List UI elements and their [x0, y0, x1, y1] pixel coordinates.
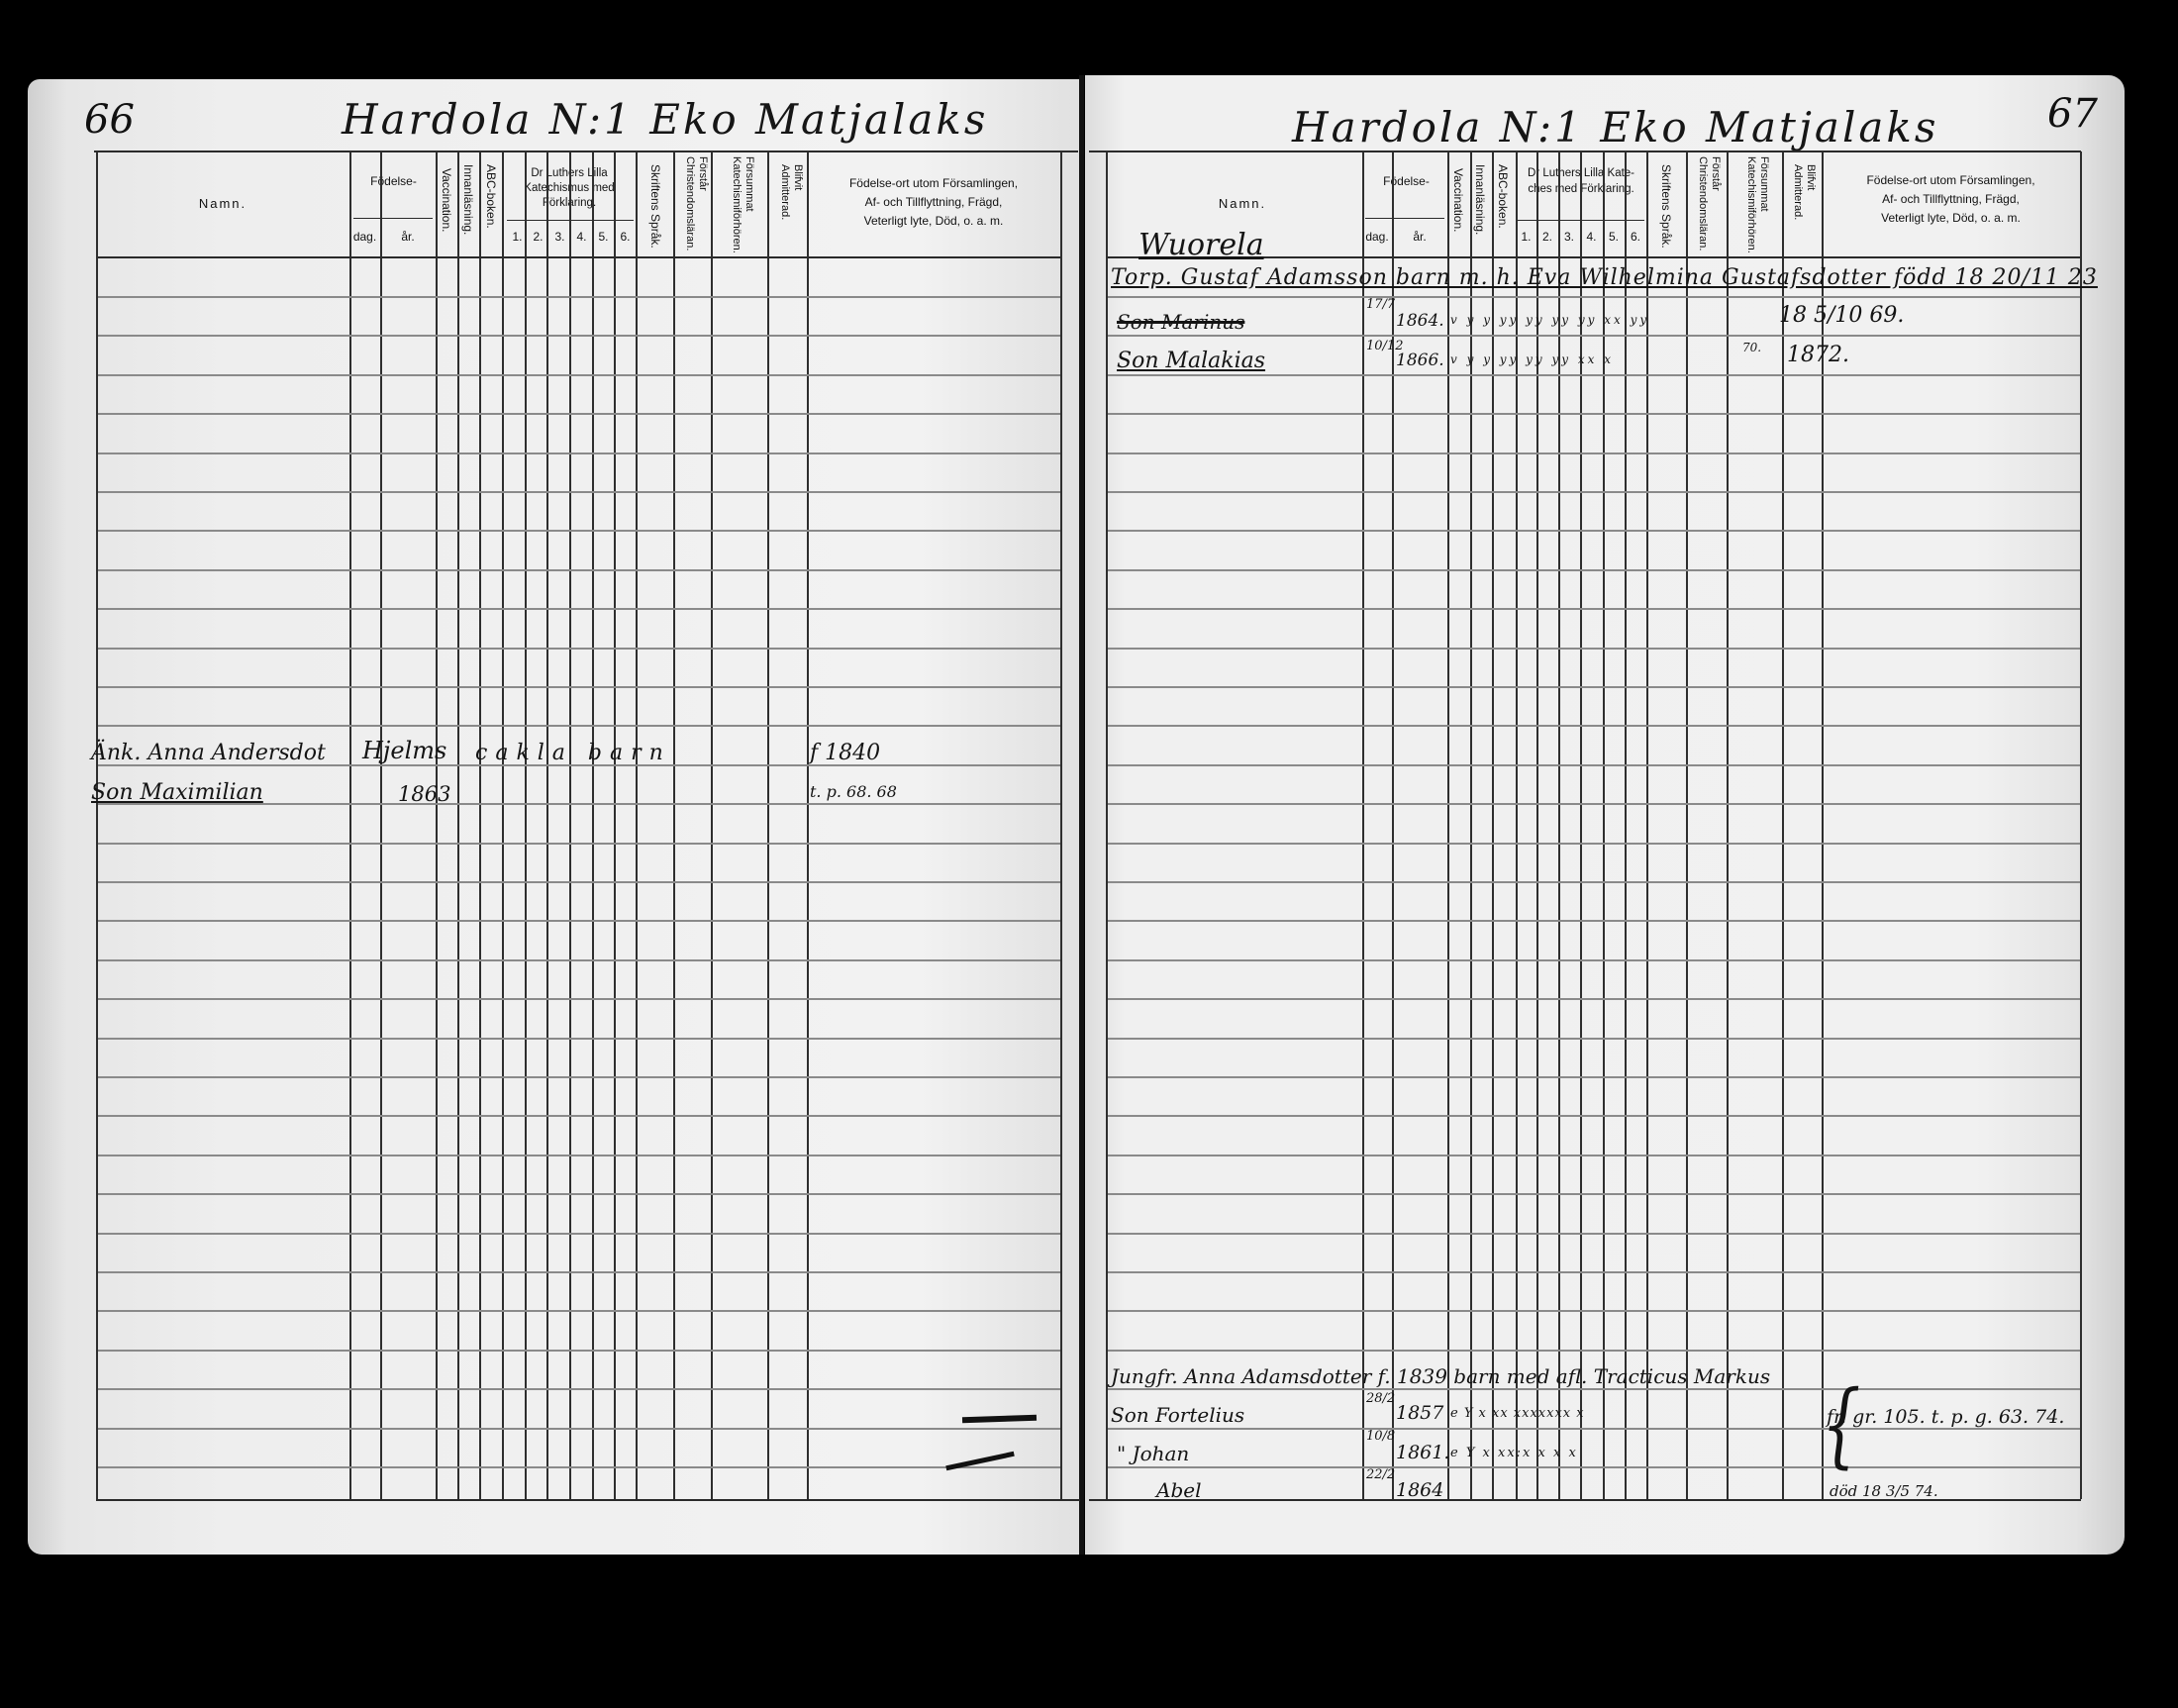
right-page-title: Hardola N:1 Eko Matjalaks: [1292, 103, 1938, 151]
entry-name: Abel: [1156, 1478, 1201, 1502]
column-rule: [569, 151, 571, 1499]
kat-5: 5.: [1603, 230, 1625, 245]
column-rule: [525, 220, 527, 257]
column-rule: [1646, 151, 1648, 1499]
row-rule: [98, 452, 1060, 454]
row-rule: [98, 1388, 1060, 1390]
entry-marks: e Y x xx:x x x x: [1450, 1446, 1578, 1460]
row-rule: [1108, 296, 2080, 298]
row-rule: [1108, 1466, 2080, 1468]
header-blifvit: Blifvit Admitterad.: [1791, 164, 1817, 244]
header-fodelse: Födelse-: [1364, 174, 1448, 189]
entry-col-dag: Hjelms: [362, 737, 446, 764]
header-innanlasning: Innanläsning.: [1473, 164, 1486, 235]
kat-3: 3.: [549, 230, 570, 245]
book-spine: [1079, 75, 1084, 1555]
row-rule: [98, 413, 1060, 415]
column-rule: [436, 151, 438, 1499]
column-rule: [614, 220, 616, 257]
row-rule: [1108, 491, 2080, 493]
header-dag: dag.: [349, 230, 380, 245]
row-rule: [98, 998, 1060, 1000]
row-rule: [98, 491, 1060, 493]
kat-1: 1.: [1516, 230, 1536, 245]
left-page-title: Hardola N:1 Eko Matjalaks: [342, 95, 988, 144]
header-skriftens: Skriftens Språk.: [1659, 164, 1672, 249]
column-rule: [546, 220, 548, 257]
row-rule: [98, 569, 1060, 571]
row-rule: [1108, 530, 2080, 532]
row-rule: [98, 1155, 1060, 1156]
row-rule: [1108, 1076, 2080, 1078]
header-skriftens: Skriftens Språk.: [648, 164, 661, 249]
row-rule: [1108, 881, 2080, 883]
header-ar: år.: [1392, 230, 1447, 245]
kat-6: 6.: [615, 230, 636, 245]
kat-3: 3.: [1558, 230, 1580, 245]
header-forsummat: Försummat Katechismiförhören.: [1740, 156, 1770, 253]
row-rule: [1108, 648, 2080, 650]
row-rule: [1108, 1193, 2080, 1195]
fodelse-subrule: [353, 218, 433, 219]
row-rule: [98, 725, 1060, 727]
column-rule: [592, 220, 594, 257]
column-rule: [502, 151, 504, 1499]
row-rule: [1108, 920, 2080, 922]
row-rule: [98, 608, 1060, 610]
row-rule: [98, 648, 1060, 650]
row-rule: [1108, 1350, 2080, 1352]
entry-dag: 22/2: [1366, 1467, 1395, 1482]
entry-remarks: t. p. 68. 68: [810, 782, 897, 801]
section-heading: Wuorela: [1138, 228, 1264, 262]
row-rule: [1108, 1233, 2080, 1235]
row-rule: [1108, 335, 2080, 337]
entry-remarks: f 1840: [810, 741, 880, 765]
column-rule: [614, 151, 616, 1499]
column-rule: [1686, 151, 1688, 1499]
row-rule: [1108, 374, 2080, 376]
header-dag: dag.: [1362, 230, 1392, 245]
column-rule: [1727, 151, 1729, 1499]
entry-marks: e Y x xx xxxxxxx x: [1450, 1406, 1585, 1421]
column-rule: [1060, 151, 1062, 1499]
row-rule: [98, 1428, 1060, 1430]
row-rule: [98, 920, 1060, 922]
column-rule: [525, 151, 527, 1499]
entry-col-mid: cakla barn: [475, 741, 671, 765]
header-fodelseort-2: Af- och Tillflyttning, Frägd,: [1822, 192, 2080, 207]
row-rule: [1108, 998, 2080, 1000]
row-rule: [98, 1271, 1060, 1273]
row-rule: [98, 1350, 1060, 1352]
row-rule: [1108, 608, 2080, 610]
entry-num: 70.: [1742, 341, 1761, 354]
header-abc: ABC-boken.: [484, 164, 497, 229]
column-rule: [711, 151, 713, 1499]
column-rule: [807, 151, 809, 1499]
entry-marks: v y y yy yy yy yy xx yy: [1450, 313, 1649, 327]
kat-2: 2.: [1536, 230, 1558, 245]
brace-mark: {: [1822, 1379, 1860, 1471]
entry-year: 1863: [398, 782, 450, 806]
entry-household-head: Torp. Gustaf Adamsson barn m. h. Eva Wil…: [1111, 265, 2098, 290]
column-rule: [636, 151, 638, 1499]
column-rule: [767, 151, 769, 1499]
header-fodelseort-1: Födelse-ort utom Församlingen,: [1822, 173, 2080, 188]
row-rule: [1108, 413, 2080, 415]
header-bottom-rule: [96, 256, 1060, 258]
column-rule: [1782, 151, 1784, 1499]
column-rule: [479, 151, 481, 1499]
row-rule: [1108, 764, 2080, 766]
entry-name: Son Malakias: [1117, 349, 1265, 373]
column-rule: [1106, 151, 1108, 1499]
column-rule: [380, 220, 382, 257]
kat-5: 5.: [593, 230, 614, 245]
entry-dag: 10/8: [1366, 1429, 1395, 1444]
fodelse-subrule: [1365, 218, 1444, 219]
header-namn: Namn.: [1178, 196, 1307, 211]
entry-year: 1864: [1396, 1479, 1443, 1501]
column-rule: [96, 151, 98, 1499]
row-rule: [98, 686, 1060, 688]
entry-remarks: 1872.: [1787, 343, 1849, 367]
column-rule: [592, 151, 594, 1499]
entry-name: Son Fortelius: [1111, 1403, 1244, 1427]
table-bottom-rule: [96, 1499, 1080, 1501]
row-rule: [1108, 452, 2080, 454]
entry-year: 1857: [1396, 1402, 1443, 1424]
column-rule: [569, 220, 571, 257]
left-page: [28, 79, 1083, 1555]
entry-remarks: fr. gr. 105. t. p. g. 63. 74.: [1827, 1406, 2064, 1428]
entry-dag: 17/7: [1366, 299, 1395, 311]
row-rule: [1108, 725, 2080, 727]
row-rule: [98, 374, 1060, 376]
kat-6: 6.: [1625, 230, 1646, 245]
row-rule: [98, 335, 1060, 337]
kat-4: 4.: [571, 230, 592, 245]
table-top-rule: [1089, 151, 2081, 152]
row-rule: [1108, 1038, 2080, 1040]
column-rule: [349, 151, 351, 1499]
header-forstar: Förstår Christendomsläran.: [1694, 156, 1722, 251]
row-rule: [1108, 1115, 2080, 1117]
kat-4: 4.: [1580, 230, 1603, 245]
entry-year: 1861.: [1396, 1442, 1449, 1463]
row-rule: [1108, 1388, 2080, 1390]
row-rule: [98, 1466, 1060, 1468]
entry-name: " Johan: [1117, 1442, 1189, 1465]
column-rule: [1447, 151, 1449, 1499]
right-page-number: 67: [2047, 91, 2098, 137]
row-rule: [1108, 569, 2080, 571]
header-blifvit: Blifvit Admitterad.: [778, 164, 804, 244]
row-rule: [98, 1076, 1060, 1078]
header-fodelseort-3: Veterligt lyte, Död, o. a. m.: [1822, 211, 2080, 226]
row-rule: [1108, 803, 2080, 805]
column-rule: [1625, 151, 1627, 1499]
row-rule: [98, 843, 1060, 845]
entry-remarks: 18 5/10 69.: [1779, 303, 1904, 328]
entry-year: 1864.: [1396, 311, 1444, 331]
header-forstar: Förstår Christendomsläran.: [681, 156, 709, 251]
entry-name: Änk. Anna Andersdot: [91, 741, 326, 765]
entry-name: Son Maximilian: [91, 780, 263, 805]
entry-name: Son Marinus: [1117, 310, 1244, 334]
column-rule: [380, 151, 382, 1499]
row-rule: [98, 1115, 1060, 1117]
row-rule: [98, 959, 1060, 961]
row-rule: [98, 296, 1060, 298]
header-abc: ABC-boken.: [1496, 164, 1509, 229]
column-rule: [673, 151, 675, 1499]
column-rule: [1392, 151, 1394, 1499]
row-rule: [1108, 686, 2080, 688]
header-vaccination: Vaccination.: [1451, 168, 1464, 232]
header-fodelseort-2: Af- och Tillflyttning, Frägd,: [807, 195, 1060, 210]
row-rule: [98, 1310, 1060, 1312]
row-rule: [98, 1038, 1060, 1040]
row-rule: [1108, 1428, 2080, 1430]
row-rule: [98, 530, 1060, 532]
entry-year: 1866.: [1396, 351, 1444, 370]
entry-remarks: död 18 3/5 74.: [1830, 1482, 1938, 1500]
header-fodelseort-1: Födelse-ort utom Församlingen,: [807, 176, 1060, 191]
kat-2: 2.: [528, 230, 548, 245]
row-rule: [1108, 1310, 2080, 1312]
row-rule: [1108, 959, 2080, 961]
row-rule: [98, 1233, 1060, 1235]
header-fodelseort-3: Veterligt lyte, Död, o. a. m.: [807, 214, 1060, 229]
header-ar: år.: [380, 230, 436, 245]
table-top-rule: [94, 151, 1078, 152]
header-vaccination: Vaccination.: [440, 168, 452, 232]
entry-household-head: Jungfr. Anna Adamsdotter f. 1839 barn me…: [1111, 1364, 1770, 1388]
header-innanlasning: Innanläsning.: [461, 164, 474, 235]
column-rule: [1362, 151, 1364, 1499]
header-namn: Namn.: [158, 196, 287, 211]
header-fodelse: Födelse-: [351, 174, 436, 189]
column-rule: [2080, 151, 2082, 1499]
row-rule: [98, 1193, 1060, 1195]
row-rule: [98, 881, 1060, 883]
row-rule: [1108, 843, 2080, 845]
left-page-number: 66: [84, 97, 135, 143]
header-forsummat: Försummat Katechismiförhören.: [726, 156, 755, 253]
entry-dag: 28/2: [1366, 1391, 1395, 1406]
column-rule: [457, 151, 459, 1499]
entry-marks: v y y yy yy yy xx x: [1450, 352, 1614, 366]
column-rule: [546, 151, 548, 1499]
row-rule: [1108, 1271, 2080, 1273]
row-rule: [1108, 1155, 2080, 1156]
